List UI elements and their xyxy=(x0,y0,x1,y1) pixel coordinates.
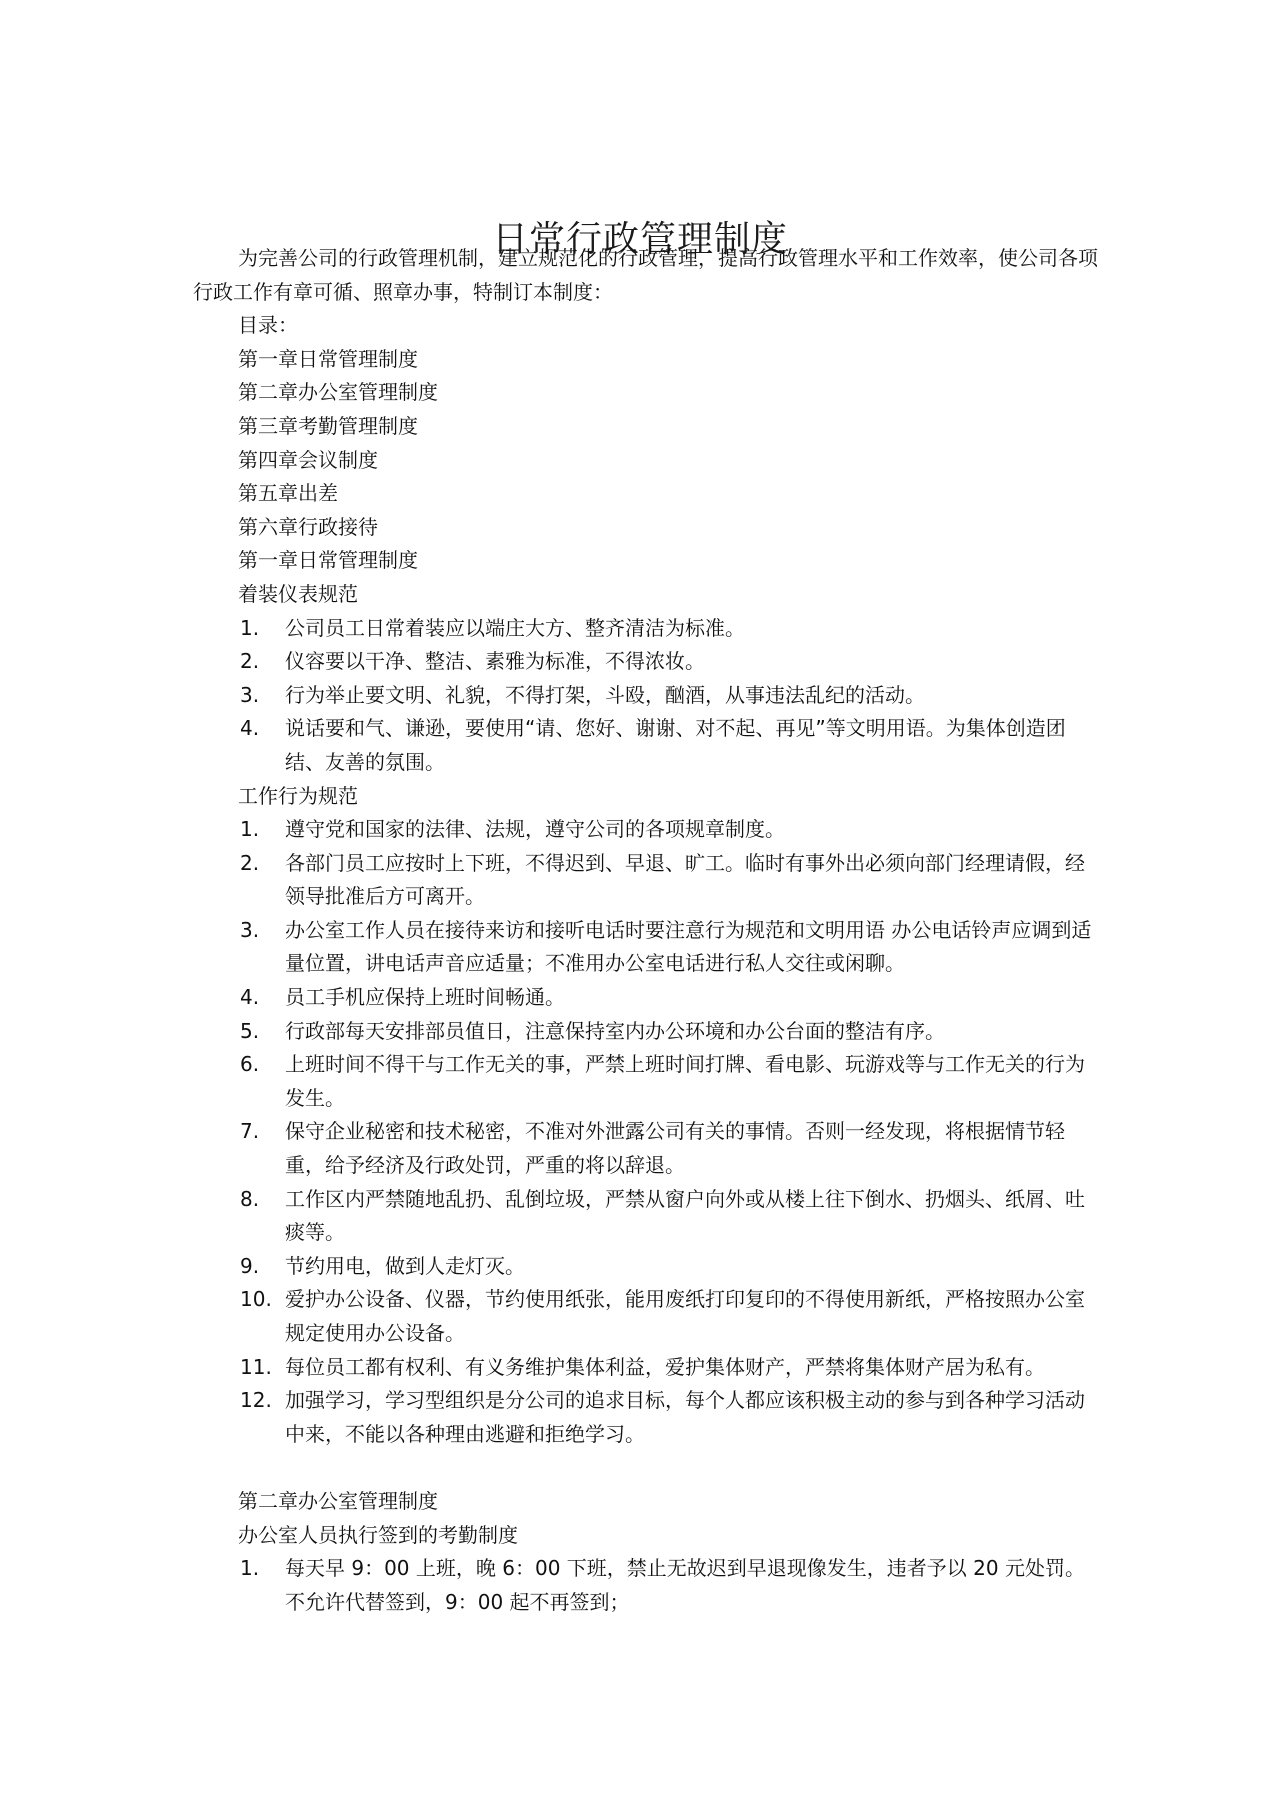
list-item: 10.爱护办公设备、仪器，节约使用纸张，能用废纸打印复印的不得使用新纸，严格按照… xyxy=(193,1283,1103,1350)
list-item: 11.每位员工都有权利、有义务维护集体利益，爱护集体财产，严禁将集体财产居为私有… xyxy=(193,1351,1103,1385)
list-number: 1. xyxy=(240,813,259,847)
list-number: 1. xyxy=(240,612,259,646)
toc-item: 第五章出差 xyxy=(193,477,1103,511)
list-text: 每天早 9：00 上班，晚 6：00 下班，禁止无故迟到早退现像发生，违者予以 … xyxy=(285,1556,1085,1614)
list-item: 5.行政部每天安排部员值日，注意保持室内办公环境和办公台面的整洁有序。 xyxy=(193,1015,1103,1049)
toc-heading: 目录： xyxy=(193,309,1103,343)
list-item: 9.节约用电，做到人走灯灭。 xyxy=(193,1250,1103,1284)
list-number: 4. xyxy=(240,712,259,746)
toc-item: 第一章日常管理制度 xyxy=(193,343,1103,377)
blank-line xyxy=(193,1451,1103,1485)
list-number: 12. xyxy=(240,1384,272,1418)
list-text: 爱护办公设备、仪器，节约使用纸张，能用废纸打印复印的不得使用新纸，严格按照办公室… xyxy=(285,1287,1085,1345)
list-text: 各部门员工应按时上下班，不得迟到、早退、旷工。临时有事外出必须向部门经理请假，经… xyxy=(285,851,1085,909)
list-number: 4. xyxy=(240,981,259,1015)
list-text: 行政部每天安排部员值日，注意保持室内办公环境和办公台面的整洁有序。 xyxy=(285,1019,945,1043)
chapter-heading: 第一章日常管理制度 xyxy=(193,544,1103,578)
list-text: 公司员工日常着装应以端庄大方、整齐清洁为标准。 xyxy=(285,616,745,640)
section-heading: 着装仪表规范 xyxy=(193,578,1103,612)
list-text: 工作区内严禁随地乱扔、乱倒垃圾，严禁从窗户向外或从楼上往下倒水、扔烟头、纸屑、吐… xyxy=(285,1187,1085,1245)
document-body: 为完善公司的行政管理机制，建立规范化的行政管理，提高行政管理水平和工作效率，使公… xyxy=(193,242,1103,1619)
list-number: 6. xyxy=(240,1048,259,1082)
list-item: 1.遵守党和国家的法律、法规，遵守公司的各项规章制度。 xyxy=(193,813,1103,847)
list-text: 仪容要以干净、整洁、素雅为标准，不得浓妆。 xyxy=(285,649,705,673)
list-item: 7.保守企业秘密和技术秘密，不准对外泄露公司有关的事情。否则一经发现，将根据情节… xyxy=(193,1115,1103,1182)
list-number: 8. xyxy=(240,1183,259,1217)
list-text: 节约用电，做到人走灯灭。 xyxy=(285,1254,525,1278)
list-item: 3.行为举止要文明、礼貌，不得打架，斗殴，酗酒，从事违法乱纪的活动。 xyxy=(193,679,1103,713)
chapter-2: 第二章办公室管理制度 办公室人员执行签到的考勤制度 1.每天早 9：00 上班，… xyxy=(193,1485,1103,1619)
list-number: 1. xyxy=(240,1552,259,1586)
list-item: 8.工作区内严禁随地乱扔、乱倒垃圾，严禁从窗户向外或从楼上往下倒水、扔烟头、纸屑… xyxy=(193,1183,1103,1250)
list-number: 9. xyxy=(240,1250,259,1284)
list-text: 说话要和气、谦逊，要使用“请、您好、谢谢、对不起、再见”等文明用语。为集体创造团… xyxy=(285,716,1066,774)
section-work-conduct: 工作行为规范 1.遵守党和国家的法律、法规，遵守公司的各项规章制度。 2.各部门… xyxy=(193,780,1103,1452)
list-item: 4.说话要和气、谦逊，要使用“请、您好、谢谢、对不起、再见”等文明用语。为集体创… xyxy=(193,712,1103,779)
section-heading: 办公室人员执行签到的考勤制度 xyxy=(193,1519,1103,1553)
list-text: 每位员工都有权利、有义务维护集体利益，爱护集体财产，严禁将集体财产居为私有。 xyxy=(285,1355,1045,1379)
list-text: 员工手机应保持上班时间畅通。 xyxy=(285,985,565,1009)
list-number: 7. xyxy=(240,1115,259,1149)
toc-item: 第六章行政接待 xyxy=(193,511,1103,545)
list-text: 办公室工作人员在接待来访和接听电话时要注意行为规范和文明用语 办公电话铃声应调到… xyxy=(285,918,1091,976)
list-item: 3.办公室工作人员在接待来访和接听电话时要注意行为规范和文明用语 办公电话铃声应… xyxy=(193,914,1103,981)
list-number: 2. xyxy=(240,645,259,679)
list-item: 4.员工手机应保持上班时间畅通。 xyxy=(193,981,1103,1015)
list-text: 行为举止要文明、礼貌，不得打架，斗殴，酗酒，从事违法乱纪的活动。 xyxy=(285,683,925,707)
intro-paragraph: 为完善公司的行政管理机制，建立规范化的行政管理，提高行政管理水平和工作效率，使公… xyxy=(193,242,1103,309)
list-number: 5. xyxy=(240,1015,259,1049)
section-dress-code: 着装仪表规范 1.公司员工日常着装应以端庄大方、整齐清洁为标准。 2.仪容要以干… xyxy=(193,578,1103,780)
list-text: 上班时间不得干与工作无关的事，严禁上班时间打牌、看电影、玩游戏等与工作无关的行为… xyxy=(285,1052,1085,1110)
list-text: 加强学习，学习型组织是分公司的追求目标，每个人都应该积极主动的参与到各种学习活动… xyxy=(285,1388,1085,1446)
list-text: 遵守党和国家的法律、法规，遵守公司的各项规章制度。 xyxy=(285,817,785,841)
list-item: 2.各部门员工应按时上下班，不得迟到、早退、旷工。临时有事外出必须向部门经理请假… xyxy=(193,847,1103,914)
table-of-contents: 目录： 第一章日常管理制度 第二章办公室管理制度 第三章考勤管理制度 第四章会议… xyxy=(193,309,1103,544)
list-number: 10. xyxy=(240,1283,272,1317)
list-text: 保守企业秘密和技术秘密，不准对外泄露公司有关的事情。否则一经发现，将根据情节轻重… xyxy=(285,1119,1065,1177)
list-number: 3. xyxy=(240,679,259,713)
toc-item: 第二章办公室管理制度 xyxy=(193,376,1103,410)
toc-item: 第四章会议制度 xyxy=(193,444,1103,478)
list-item: 6.上班时间不得干与工作无关的事，严禁上班时间打牌、看电影、玩游戏等与工作无关的… xyxy=(193,1048,1103,1115)
list-item: 12.加强学习，学习型组织是分公司的追求目标，每个人都应该积极主动的参与到各种学… xyxy=(193,1384,1103,1451)
list-number: 3. xyxy=(240,914,259,948)
toc-item: 第三章考勤管理制度 xyxy=(193,410,1103,444)
list-number: 11. xyxy=(240,1351,272,1385)
chapter-1: 第一章日常管理制度 着装仪表规范 1.公司员工日常着装应以端庄大方、整齐清洁为标… xyxy=(193,544,1103,1451)
list-item: 1.公司员工日常着装应以端庄大方、整齐清洁为标准。 xyxy=(193,612,1103,646)
document-page: 日常行政管理制度 为完善公司的行政管理机制，建立规范化的行政管理，提高行政管理水… xyxy=(0,0,1280,1810)
list-number: 2. xyxy=(240,847,259,881)
list-item: 2.仪容要以干净、整洁、素雅为标准，不得浓妆。 xyxy=(193,645,1103,679)
section-heading: 工作行为规范 xyxy=(193,780,1103,814)
chapter-heading: 第二章办公室管理制度 xyxy=(193,1485,1103,1519)
list-item: 1.每天早 9：00 上班，晚 6：00 下班，禁止无故迟到早退现像发生，违者予… xyxy=(193,1552,1103,1619)
